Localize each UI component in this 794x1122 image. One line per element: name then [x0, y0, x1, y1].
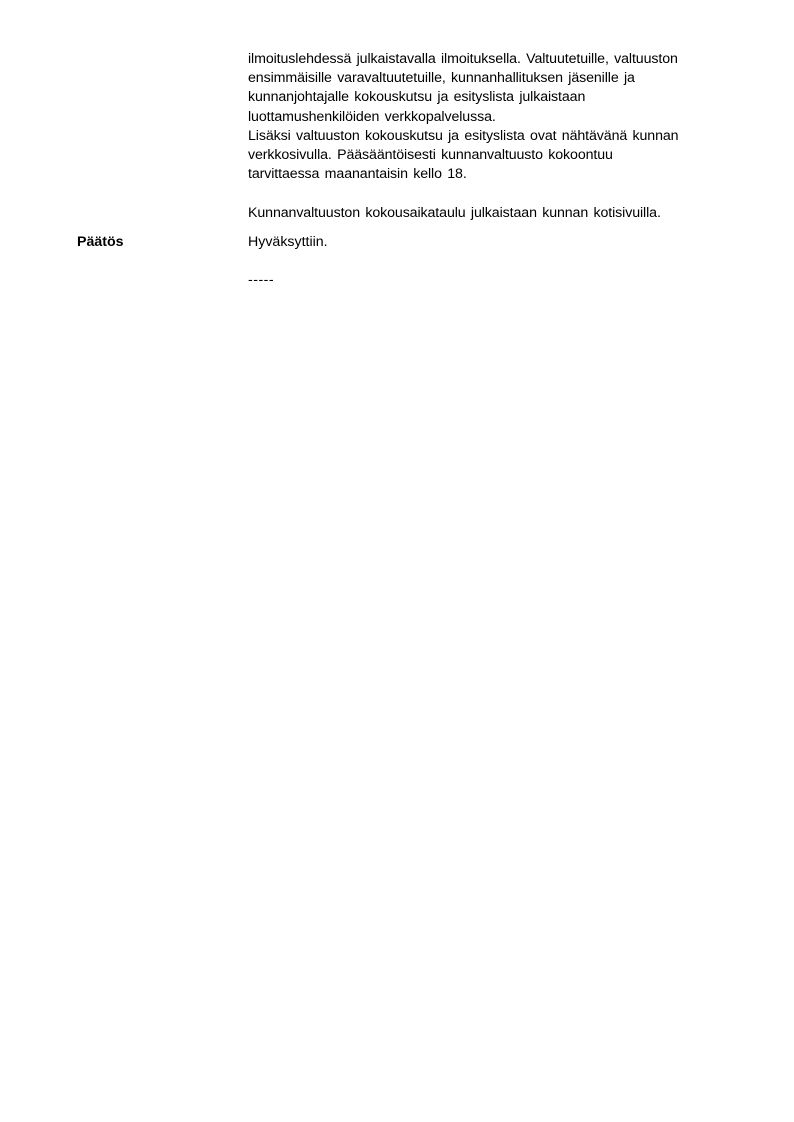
preparation-text: ilmoituslehdessä julkaistavalla ilmoituk…	[248, 50, 748, 223]
text-line: kunnanjohtajalle kokouskutsu ja esitysli…	[248, 88, 748, 107]
schedule-text: Kunnanvaltuuston kokousaikataulu julkais…	[248, 204, 748, 223]
decision-label: Päätös	[77, 233, 124, 252]
document-page: ilmoituslehdessä julkaistavalla ilmoituk…	[0, 0, 794, 1122]
text-line: ilmoituslehdessä julkaistavalla ilmoituk…	[248, 50, 748, 69]
decision-text: Hyväksyttiin.	[248, 233, 328, 252]
paragraph-gap	[248, 184, 748, 203]
text-line: Lisäksi valtuuston kokouskutsu ja esitys…	[248, 127, 748, 146]
section-separator: -----	[248, 271, 274, 290]
text-line: verkkosivulla. Pääsääntöisesti kunnanval…	[248, 146, 748, 165]
text-line: luottamushenkilöiden verkkopalvelussa.	[248, 108, 748, 127]
text-line: tarvittaessa maanantaisin kello 18.	[248, 165, 748, 184]
text-line: ensimmäisille varavaltuutetuille, kunnan…	[248, 69, 748, 88]
